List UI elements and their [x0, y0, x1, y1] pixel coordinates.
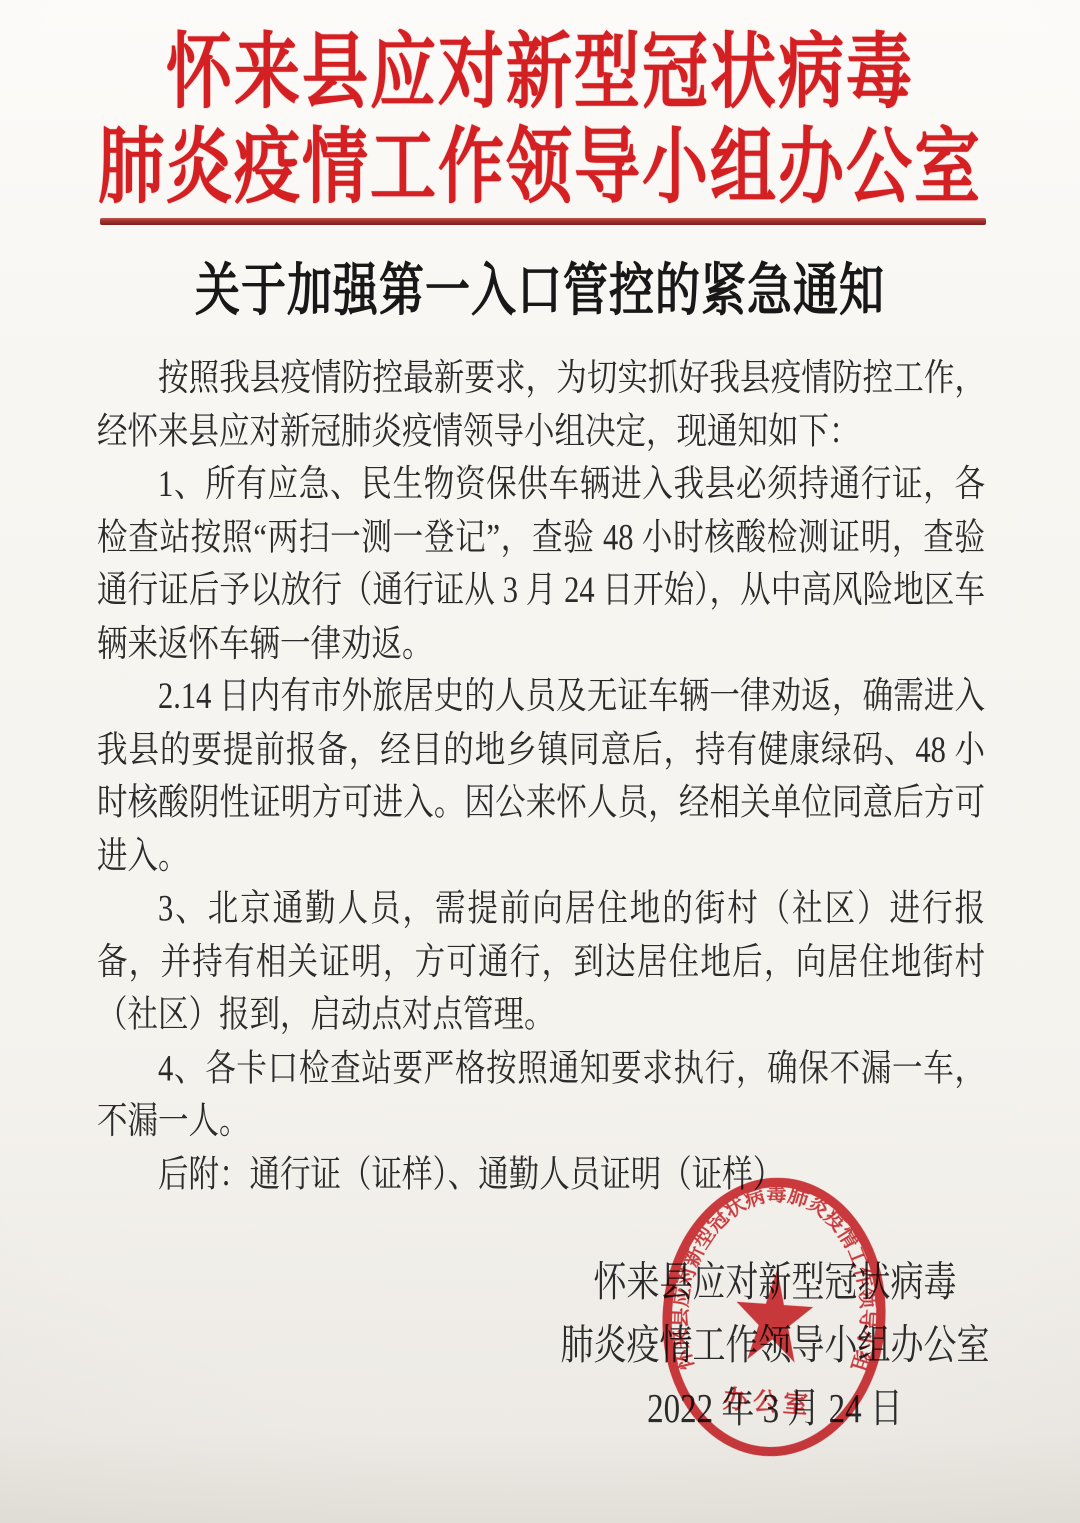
red-star-icon — [733, 1267, 816, 1364]
letterhead-org-line2: 肺炎疫情工作领导小组办公室 — [0, 121, 1080, 216]
official-seal: 怀来县应对新型冠状病毒肺炎疫情工作领导小组 办公室 — [648, 1166, 899, 1467]
letterhead-org-line1: 怀来县应对新型冠状病毒 — [0, 26, 1080, 121]
paragraph-item-3: 3、北京通勤人员，需提前向居住地的街村（社区）进行报备，并持有相关证明，方可通行… — [97, 883, 985, 1042]
paragraph-item-2: 2.14 日内有市外旅居史的人员及无证车辆一律劝返，确需进入我县的要提前报备，经… — [97, 670, 985, 882]
letterhead-divider — [100, 218, 986, 225]
paragraph-intro: 按照我县疫情防控最新要求，为切实抓好我县疫情防控工作，经怀来县应对新冠肺炎疫情领… — [97, 352, 985, 458]
paragraph-item-4: 4、各卡口检查站要严格按照通知要求执行，确保不漏一车，不漏一人。 — [97, 1042, 985, 1148]
letterhead: 怀来县应对新型冠状病毒 肺炎疫情工作领导小组办公室 — [0, 26, 1080, 216]
notice-body: 按照我县疫情防控最新要求，为切实抓好我县疫情防控工作，经怀来县应对新冠肺炎疫情领… — [97, 352, 985, 1201]
seal-bottom-text: 办公室 — [722, 1385, 814, 1419]
notice-document-page: 怀来县应对新型冠状病毒 肺炎疫情工作领导小组办公室 关于加强第一入口管控的紧急通… — [0, 0, 1080, 1523]
notice-title: 关于加强第一入口管控的紧急通知 — [0, 258, 1080, 324]
paragraph-item-1: 1、所有应急、民生物资保供车辆进入我县必须持通行证，各检查站按照“两扫一测一登记… — [97, 458, 985, 670]
